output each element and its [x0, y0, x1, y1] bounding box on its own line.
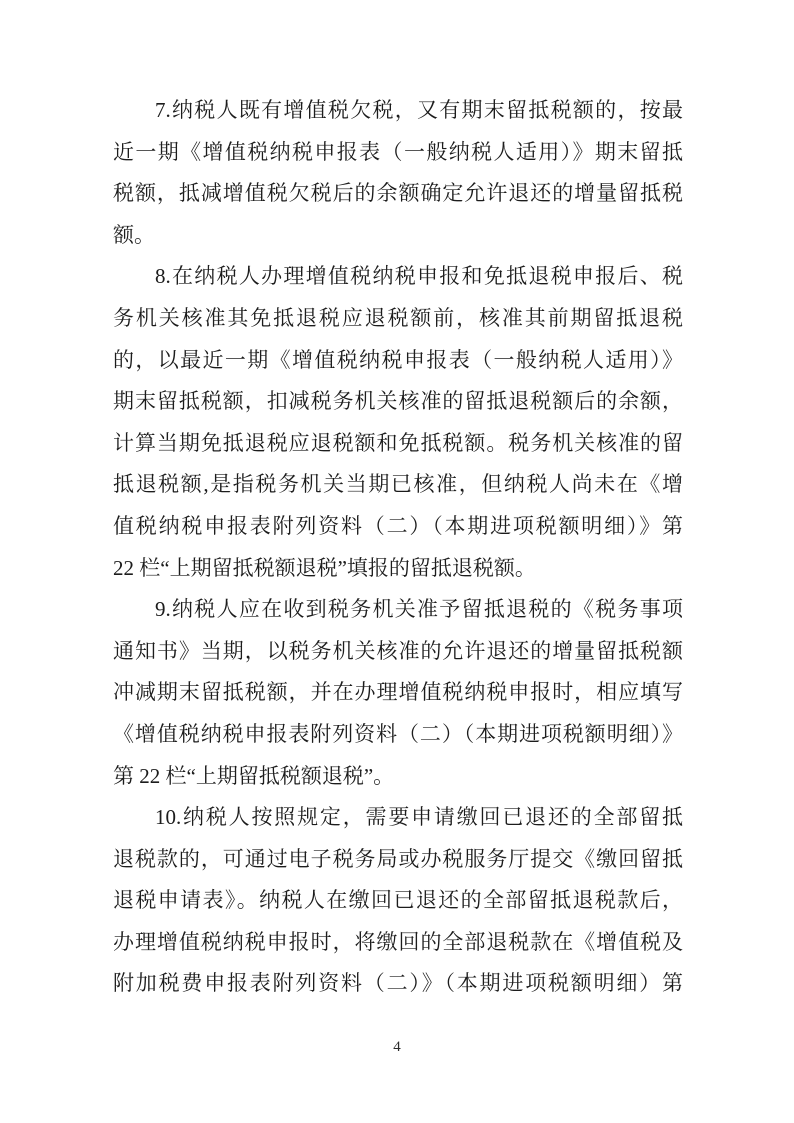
text-line: 计算当期免抵退税应退税额和免抵税额。税务机关核准的留 — [113, 423, 683, 465]
paragraph-item-10: 10.纳税人按照规定，需要申请缴回已退还的全部留抵 退税款的，可通过电子税务局或… — [113, 797, 683, 1005]
paragraph-item-9: 9.纳税人应在收到税务机关准予留抵退税的《税务事项 通知书》当期，以税务机关核准… — [113, 589, 683, 797]
document-text-block: 7.纳税人既有增值税欠税，又有期末留抵税额的，按最 近一期《增值税纳税申报表（一… — [113, 90, 683, 1005]
document-page: 7.纳税人既有增值税欠税，又有期末留抵税额的，按最 近一期《增值税纳税申报表（一… — [0, 0, 794, 1123]
paragraph-item-7: 7.纳税人既有增值税欠税，又有期末留抵税额的，按最 近一期《增值税纳税申报表（一… — [113, 90, 683, 256]
text-line: 8.在纳税人办理增值税纳税申报和免抵退税申报后、税 — [113, 256, 683, 298]
page-number: 4 — [393, 1039, 401, 1055]
text-line: 税额，抵减增值税欠税后的余额确定允许退还的增量留抵税 — [113, 173, 683, 215]
text-line: 务机关核准其免抵退税应退税额前，核准其前期留抵退税 — [113, 298, 683, 340]
text-line: 期末留抵税额，扣减税务机关核准的留抵退税额后的余额， — [113, 381, 683, 423]
text-line: 10.纳税人按照规定，需要申请缴回已退还的全部留抵 — [113, 797, 683, 839]
text-line: 抵退税额,是指税务机关当期已核准，但纳税人尚未在《增 — [113, 464, 683, 506]
text-line: 第 22 栏“上期留抵税额退税”。 — [113, 756, 683, 798]
text-line: 冲减期末留抵税额，并在办理增值税纳税申报时，相应填写 — [113, 672, 683, 714]
text-line: 额。 — [113, 215, 683, 257]
text-line: 近一期《增值税纳税申报表（一般纳税人适用）》期末留抵 — [113, 132, 683, 174]
text-line: 退税申请表》。纳税人在缴回已退还的全部留抵退税款后， — [113, 880, 683, 922]
text-line: 退税款的，可通过电子税务局或办税服务厅提交《缴回留抵 — [113, 839, 683, 881]
paragraph-item-8: 8.在纳税人办理增值税纳税申报和免抵退税申报后、税 务机关核准其免抵退税应退税额… — [113, 256, 683, 589]
text-line: 办理增值税纳税申报时，将缴回的全部退税款在《增值税及 — [113, 922, 683, 964]
text-line: 通知书》当期，以税务机关核准的允许退还的增量留抵税额 — [113, 631, 683, 673]
text-line: 9.纳税人应在收到税务机关准予留抵退税的《税务事项 — [113, 589, 683, 631]
text-line: 的，以最近一期《增值税纳税申报表（一般纳税人适用）》 — [113, 340, 683, 382]
text-line: 《增值税纳税申报表附列资料（二）（本期进项税额明细）》 — [113, 714, 683, 756]
text-line: 7.纳税人既有增值税欠税，又有期末留抵税额的，按最 — [113, 90, 683, 132]
text-line: 附加税费申报表附列资料（二）》（本期进项税额明细）第 — [113, 963, 683, 1005]
page-footer: 4 — [0, 1038, 794, 1056]
text-line: 值税纳税申报表附列资料（二）（本期进项税额明细）》第 — [113, 506, 683, 548]
text-line: 22 栏“上期留抵税额退税”填报的留抵退税额。 — [113, 548, 683, 590]
